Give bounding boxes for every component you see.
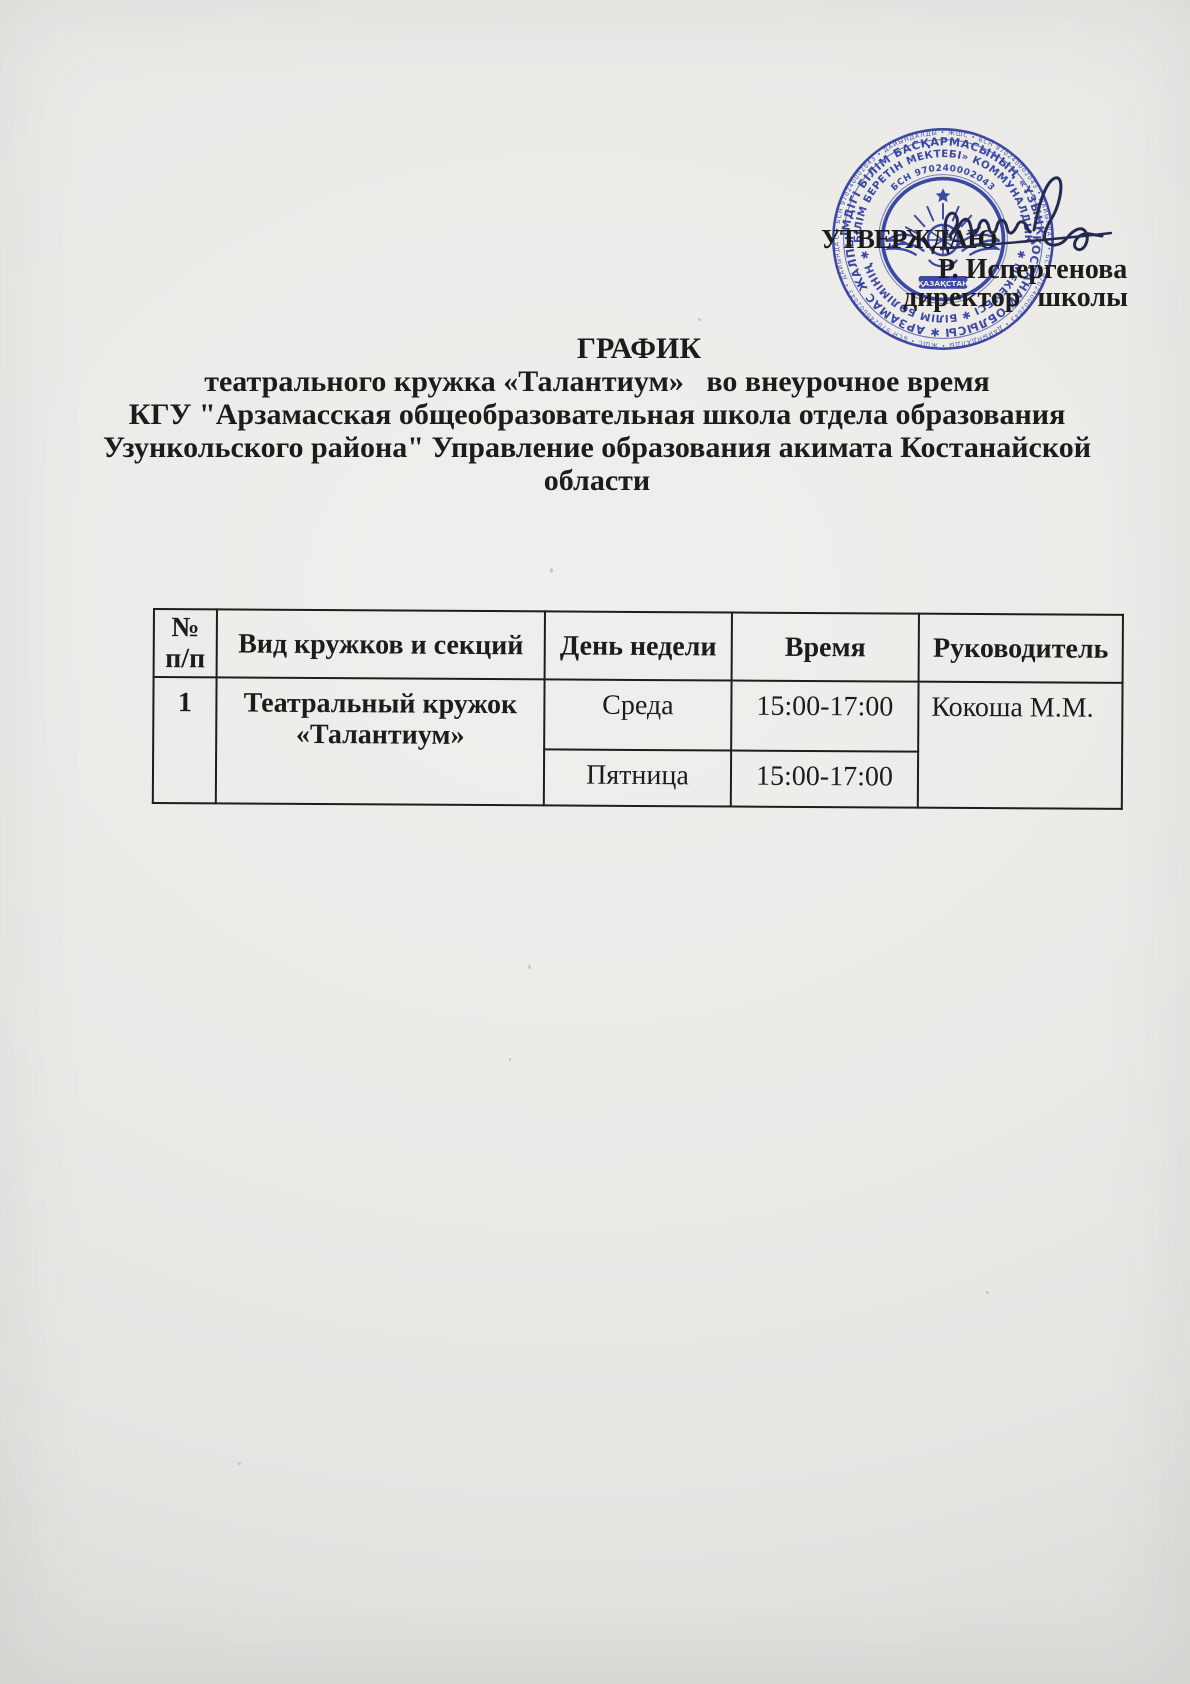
header-time: Время	[732, 613, 919, 682]
header-day: День недели	[545, 611, 732, 680]
approver-title: директор школы	[903, 282, 1128, 314]
title-line-4: Узункольского района" Управление образов…	[52, 431, 1142, 464]
cell-day-2: Пятница	[544, 749, 731, 806]
paper-speck	[238, 1462, 241, 1465]
club-name-line2: «Талантиум»	[223, 718, 537, 751]
cell-row-number: 1	[153, 677, 217, 803]
cell-leader: Кокоша М.М.	[918, 682, 1123, 809]
title-line-3: КГУ "Арзамасская общеобразовательная шко…	[52, 398, 1142, 431]
cell-day-1: Среда	[544, 679, 731, 750]
header-leader: Руководитель	[919, 614, 1123, 683]
paper-speck	[986, 1291, 989, 1294]
title-line-2: театрального кружка «Талантиум» во внеур…	[52, 365, 1142, 398]
header-kind: Вид кружков и секций	[217, 609, 545, 679]
paper-speck	[528, 965, 531, 969]
title-line-5: области	[52, 464, 1142, 497]
table-row: 1 Театральный кружок «Талантиум» Среда 1…	[153, 677, 1122, 753]
header-number-top: №	[171, 612, 199, 643]
handwritten-signature	[933, 168, 1138, 270]
schedule-table: № п/п Вид кружков и секций День недели В…	[152, 608, 1124, 810]
scanned-document-page: • ЖШС • БСН 970240002043 • ДАЙЫНДАЛДЫ • …	[0, 0, 1190, 1684]
club-name-line1: Театральный кружок	[223, 687, 537, 720]
cell-time-2: 15:00-17:00	[731, 751, 918, 808]
paper-speck	[698, 318, 701, 321]
cell-time-1: 15:00-17:00	[731, 681, 918, 752]
paper-speck	[509, 1058, 511, 1061]
paper-speck	[550, 568, 553, 573]
table-header-row: № п/п Вид кружков и секций День недели В…	[154, 609, 1123, 683]
header-number: № п/п	[154, 609, 217, 677]
header-number-bottom: п/п	[165, 643, 205, 674]
cell-club-name: Театральный кружок «Талантиум»	[216, 677, 545, 805]
title-line-1: ГРАФИК	[94, 332, 1184, 365]
document-title-block: ГРАФИК театрального кружка «Талантиум» в…	[52, 332, 1142, 497]
